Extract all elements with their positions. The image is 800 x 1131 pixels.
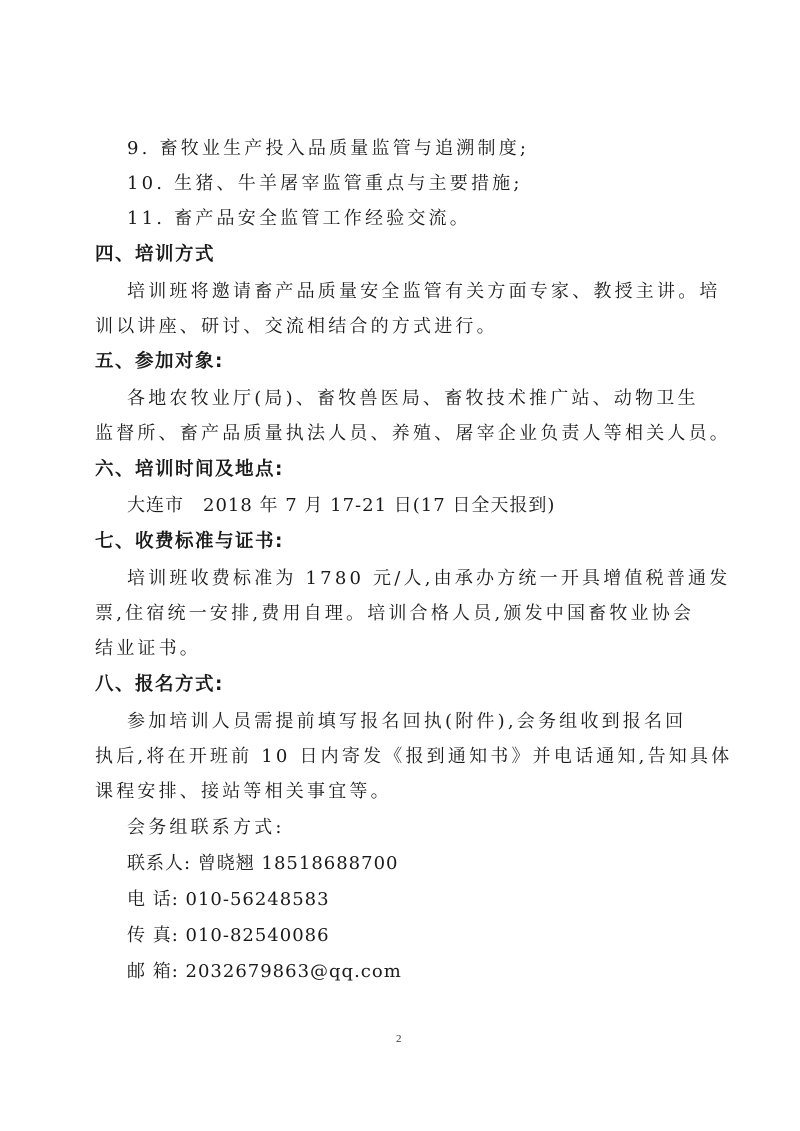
paragraph-line: 训以讲座、研讨、交流相结合的方式进行。 — [95, 315, 498, 339]
paragraph-line: 执后,将在开班前 10 日内寄发《报到通知书》并电话通知,告知具体 — [95, 745, 732, 769]
section-heading-time-location: 六、培训时间及地点: — [95, 458, 284, 482]
document-page: 9. 畜牧业生产投入品质量监管与追溯制度; 10. 生猪、牛羊屠宰监管重点与主要… — [0, 0, 800, 1131]
paragraph-line: 监督所、畜产品质量执法人员、养殖、屠宰企业负责人等相关人员。 — [95, 422, 731, 446]
page-number: 2 — [396, 1033, 402, 1045]
list-item-9: 9. 畜牧业生产投入品质量监管与追溯制度; — [127, 137, 529, 161]
paragraph-line: 各地农牧业厅(局)、畜牧兽医局、畜牧技术推广站、动物卫生 — [127, 387, 699, 411]
contact-title: 会务组联系方式: — [127, 816, 285, 840]
list-item-11: 11. 畜产品安全监管工作经验交流。 — [127, 207, 471, 231]
paragraph-line: 培训班将邀请畜产品质量安全监管有关方面专家、教授主讲。培 — [127, 280, 721, 304]
paragraph-line: 课程安排、接站等相关事宜等。 — [95, 780, 392, 804]
paragraph-line: 结业证书。 — [95, 637, 201, 661]
paragraph-line: 培训班收费标准为 1780 元/人,由承办方统一开具增值税普通发 — [127, 567, 730, 591]
list-item-10: 10. 生猪、牛羊屠宰监管重点与主要措施; — [127, 172, 523, 196]
section-heading-registration: 八、报名方式: — [95, 673, 224, 697]
contact-person: 联系人: 曾晓翘 18518688700 — [127, 852, 398, 876]
paragraph-line: 参加培训人员需提前填写报名回执(附件),会务组收到报名回 — [127, 710, 686, 734]
section-heading-participants: 五、参加对象: — [95, 350, 224, 374]
contact-email: 邮 箱: 2032679863@qq.com — [127, 960, 402, 984]
contact-phone: 电 话: 010-56248583 — [127, 888, 330, 912]
paragraph-line: 票,住宿统一安排,费用自理。培训合格人员,颁发中国畜牧业协会 — [95, 602, 694, 626]
paragraph-line: 大连市 2018 年 7 月 17-21 日(17 日全天报到) — [127, 494, 555, 518]
section-heading-training-method: 四、培训方式 — [95, 243, 215, 267]
section-heading-fees-certificate: 七、收费标准与证书: — [95, 530, 284, 554]
contact-fax: 传 真: 010-82540086 — [127, 924, 330, 948]
